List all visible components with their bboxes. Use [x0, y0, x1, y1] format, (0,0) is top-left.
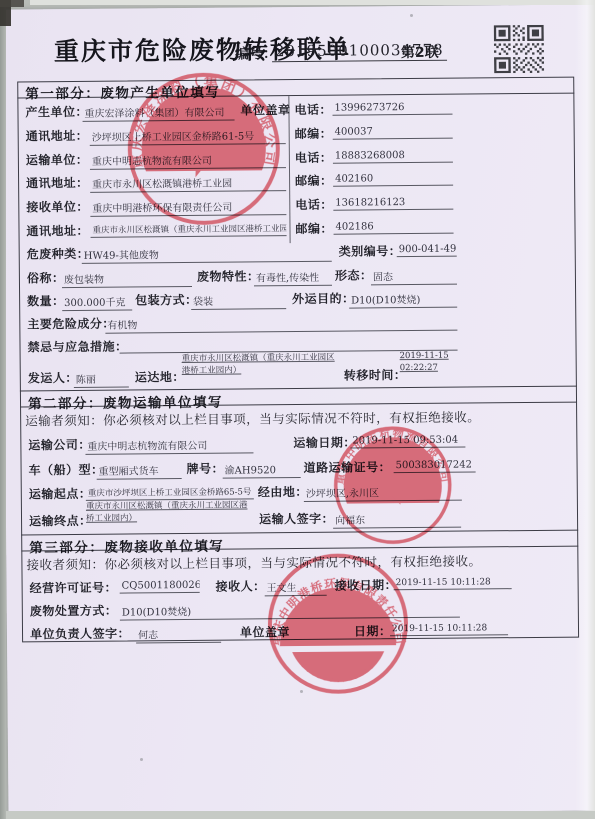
- category-code-value: 900-041-49: [397, 244, 457, 258]
- waste-type-label: 危废种类：: [27, 245, 90, 263]
- transport-origin-value: 重庆市沙坪坝区上桥工业园区金桥路65-5号: [86, 485, 254, 500]
- quantity-value: 300.000千克: [62, 293, 132, 311]
- transport-origin-label: 运输起点：: [29, 485, 92, 503]
- receive-phone-label: 电话：: [295, 196, 333, 213]
- hazard-value: 有机物: [105, 314, 457, 334]
- purpose-value: D10(D10焚烧): [349, 291, 457, 309]
- quantity-label: 数量：: [27, 292, 65, 309]
- producer-address-label: 通讯地址：: [26, 127, 89, 145]
- transport-terminus-value: 重庆市永川区松溉镇（重庆永川工业园区港桥工业园内）: [86, 500, 251, 525]
- shipper-value: 陈丽: [74, 370, 129, 387]
- producer-unit-label: 产生单位：: [25, 103, 88, 121]
- common-name-value: 废包装物: [62, 270, 192, 288]
- transport-address-label: 通讯地址：: [26, 174, 89, 192]
- transfer-time-value: 2019-11-15 02:22:27: [400, 351, 470, 375]
- vehicle-type-label: 车（船）型：: [29, 461, 104, 479]
- receive-zip-label: 邮编：: [295, 220, 333, 237]
- responsible-sign-label: 单位负责人签字：: [30, 624, 130, 642]
- packing-label: 包装方式：: [135, 291, 198, 309]
- license-number-value: CQ5001180026: [120, 580, 200, 594]
- disposal-method-label: 废物处置方式：: [30, 602, 118, 620]
- waste-trait-value: 有毒性,传染性: [254, 269, 332, 287]
- copy-number: 第2联: [401, 42, 439, 62]
- common-name-label: 俗称：: [27, 269, 65, 286]
- receive-unit-label: 接收单位：: [26, 198, 89, 216]
- destination-value: 重庆市永川区松溉镇（重庆永川工业园区港桥工业园内）: [182, 353, 342, 378]
- producer-zip-label: 邮编：: [295, 125, 333, 142]
- responsible-sign-value: 何志: [136, 626, 221, 644]
- document-content: 重庆市危险废物转移联单 编号： 2019500100034778 第2联 第一部…: [0, 0, 595, 819]
- transfer-time-label: 转移时间：: [344, 366, 407, 384]
- receive-zip-value: 402186: [333, 221, 453, 235]
- taboo-label: 禁忌与应急措施：: [27, 338, 127, 356]
- waste-form-label: 形态：: [335, 266, 373, 283]
- producer-phone-label: 电话：: [294, 101, 332, 118]
- transport-zip-label: 邮编：: [295, 172, 333, 189]
- transporter-sign-label: 运输人签字：: [259, 510, 334, 528]
- waste-form-value: 固态: [371, 268, 457, 286]
- purpose-label: 外运目的：: [292, 290, 355, 308]
- receiver-company-seal: 重庆中明港桥环保有限责任公司 5003834015413: [263, 549, 412, 698]
- transport-company-label: 运输公司：: [28, 436, 91, 454]
- vehicle-type-value: 重型厢式货车: [97, 462, 182, 480]
- waste-type-value: HW49-其他废物: [82, 245, 332, 264]
- receive-phone-value: 13618216123: [333, 197, 453, 211]
- scanned-manifest: 重庆市危险废物转移联单 编号： 2019500100034778 第2联 第一部…: [0, 0, 595, 819]
- qr-code-icon: [494, 25, 544, 73]
- receive-address-label: 通讯地址：: [26, 222, 89, 240]
- receiver-person-label: 接收人：: [216, 577, 266, 594]
- plate-number-label: 牌号：: [187, 460, 225, 477]
- transport-terminus-label: 运输终点：: [29, 512, 92, 530]
- plate-number-value: 渝AH9520: [223, 461, 301, 479]
- via-label: 经由地：: [258, 483, 308, 500]
- transport-phone-label: 电话：: [295, 149, 333, 166]
- transport-company-value: 重庆中明志杭物流有限公司: [85, 436, 253, 454]
- waste-trait-label: 废物特性：: [197, 267, 260, 285]
- transport-unit-label: 运输单位：: [26, 151, 89, 169]
- manifest-number-label: 编号：: [235, 43, 277, 63]
- producer-zip-value: 400037: [333, 126, 453, 140]
- license-number-label: 经营许可证号：: [30, 579, 118, 597]
- transport-zip-value: 402160: [333, 173, 453, 187]
- transport-phone-value: 18883268008: [333, 150, 453, 164]
- destination-label: 运达地：: [135, 368, 185, 385]
- transport-company-seal: 重庆中明志杭物流有限公司: [330, 423, 455, 548]
- hazard-label: 主要危险成分：: [27, 315, 115, 333]
- packing-value: 袋装: [191, 292, 286, 310]
- shipper-label: 发运人：: [28, 369, 78, 386]
- category-code-label: 类别编号：: [339, 242, 402, 260]
- producer-phone-value: 13996273726: [332, 102, 452, 116]
- producer-company-seal: 重庆宏泽涂料（集团）有限公司: [123, 68, 284, 229]
